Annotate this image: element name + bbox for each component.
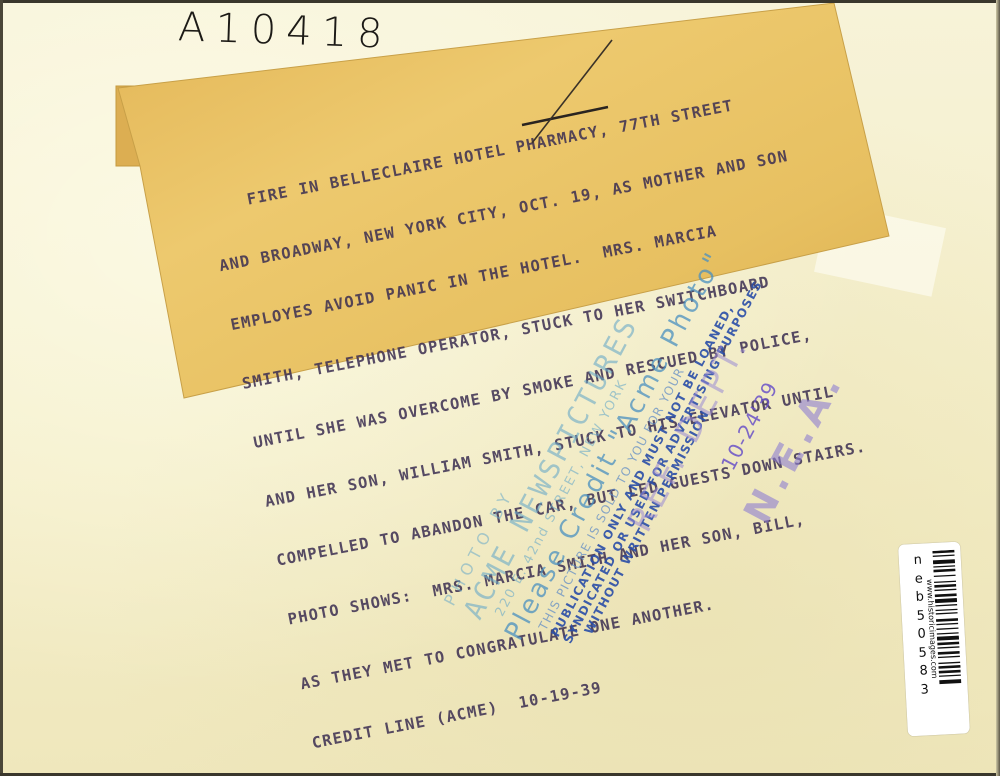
caption-text: FIRE IN BELLECLAIRE HOTEL PHARMACY, 77TH… (198, 25, 1000, 773)
scan-edge (0, 0, 1000, 3)
catalog-number: A10418 (177, 4, 393, 57)
scan-edge (996, 0, 1000, 776)
barcode-icon (932, 550, 963, 729)
scan-edge (0, 0, 3, 776)
barcode-label: n e b 5 0 5 8 3 www.historicimages.com (898, 542, 970, 737)
